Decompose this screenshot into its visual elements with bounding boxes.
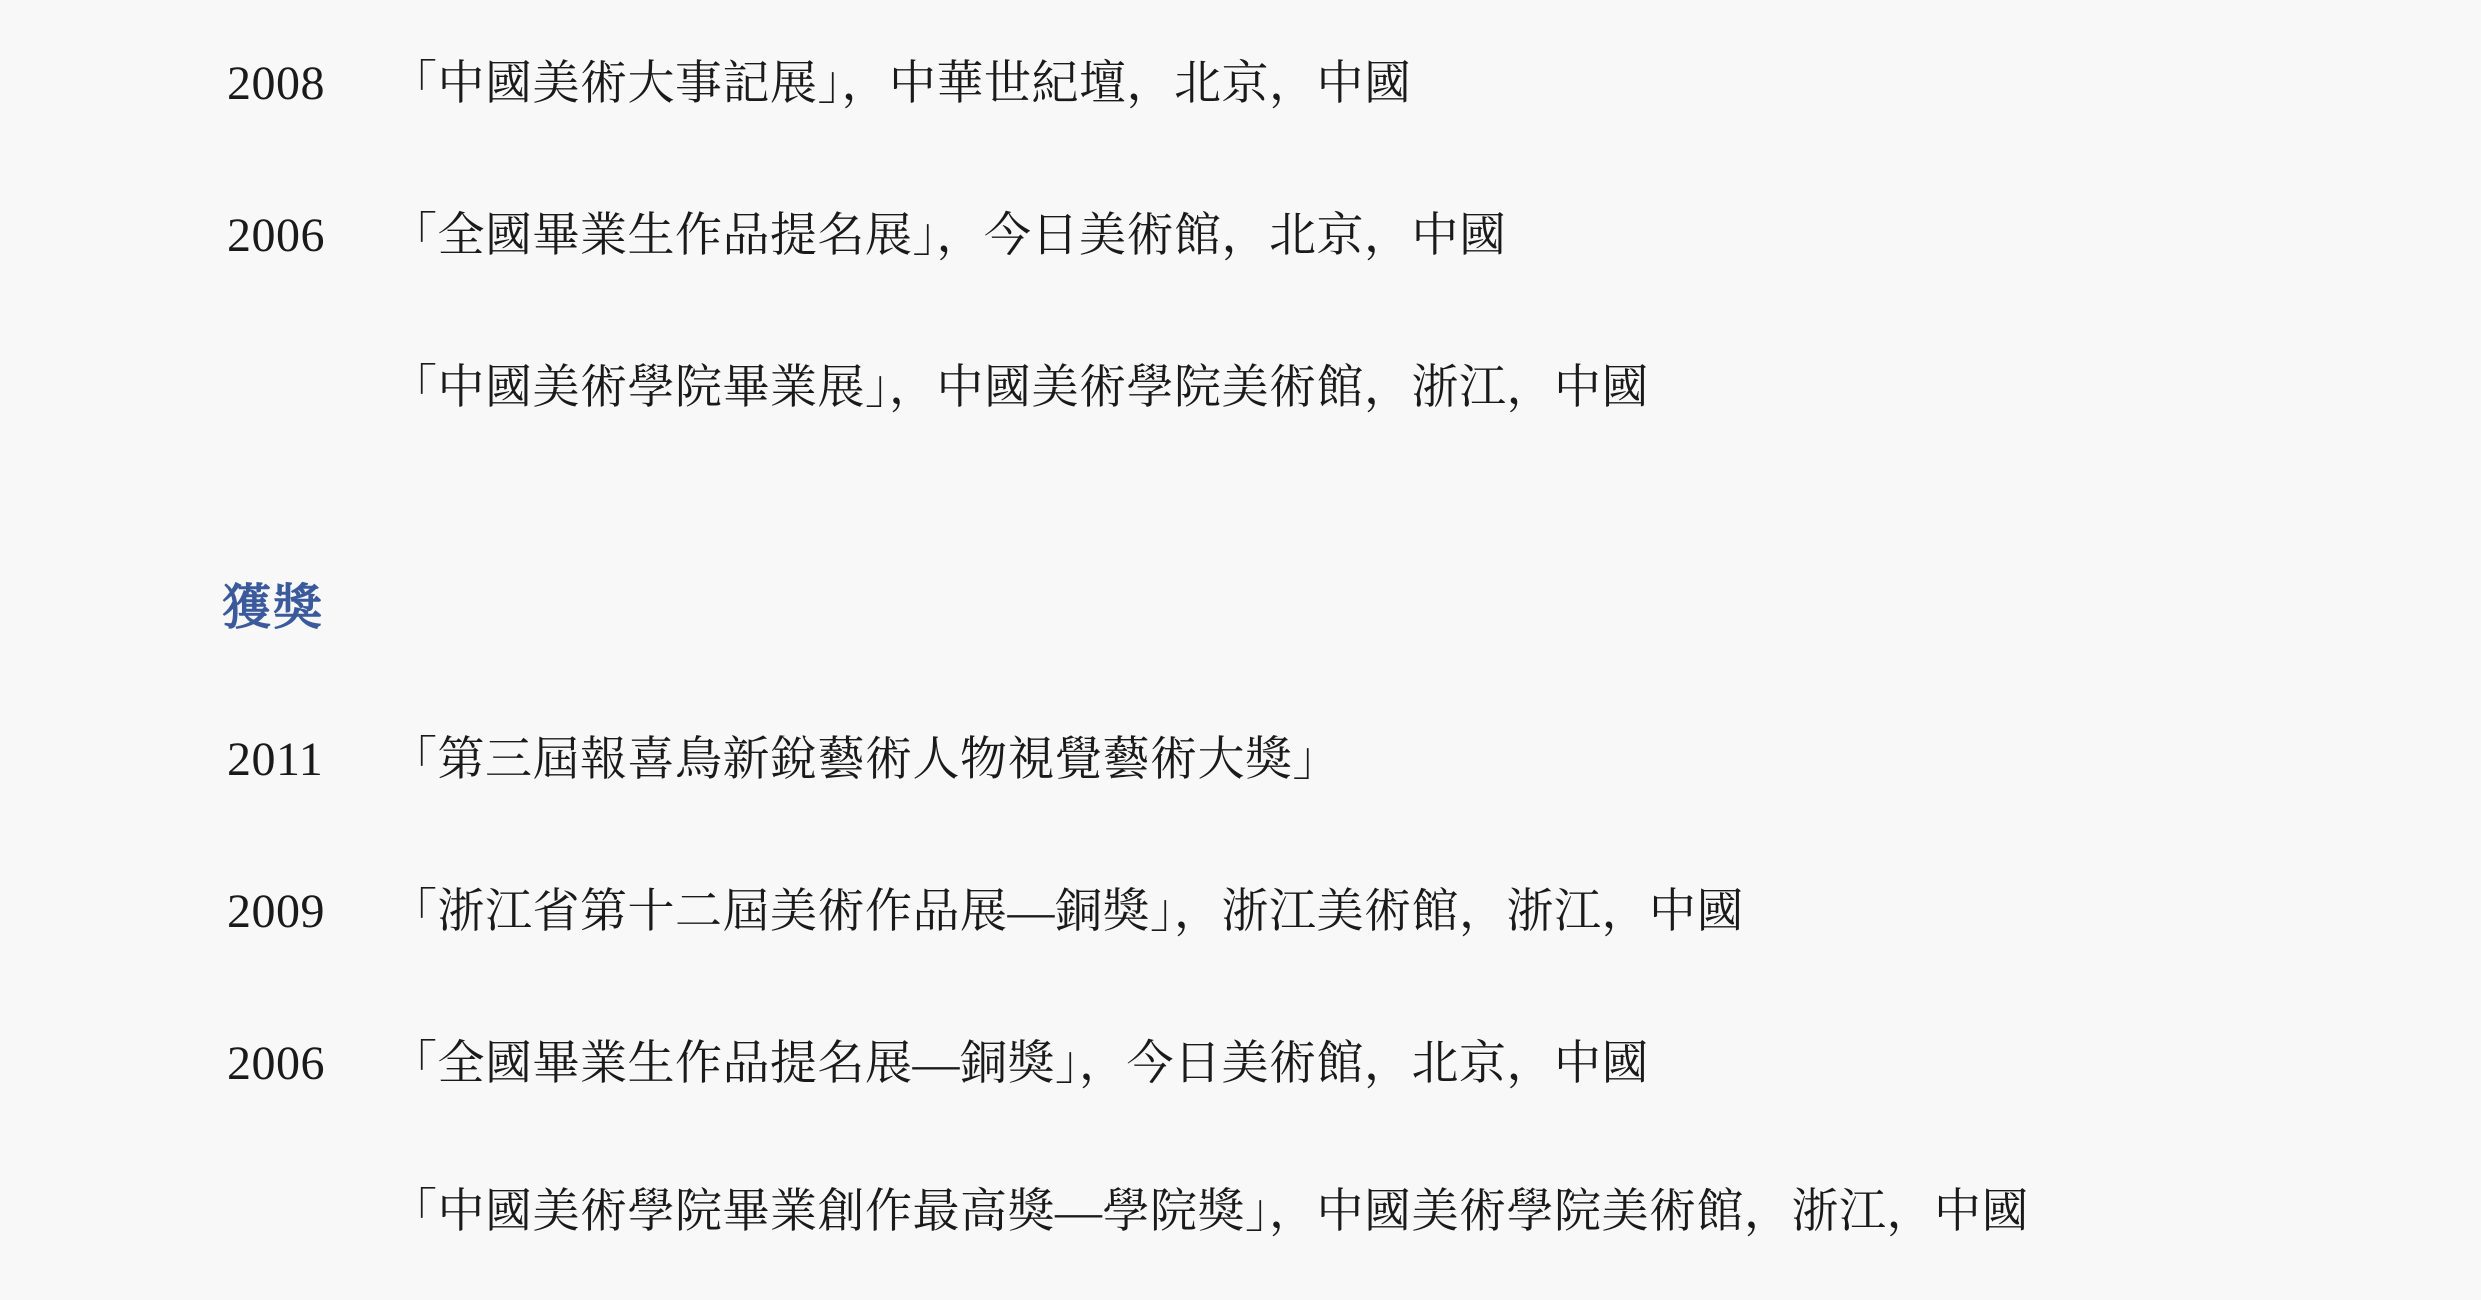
entry-text: 「全國畢業生作品提名展」，今日美術館，北京，中國 xyxy=(390,210,1507,262)
entry-text: 「中國美術大事記展」，中華世紀壇，北京，中國 xyxy=(390,58,1412,110)
entry-text: 「中國美術學院畢業創作最高獎—學院獎」，中國美術學院美術館，浙江，中國 xyxy=(390,1186,2029,1238)
entry-year: 2009 xyxy=(227,886,390,938)
entry-text: 「第三屆報喜鳥新銳藝術人物視覺藝術大獎」 xyxy=(390,734,1340,786)
entry-year: 2006 xyxy=(227,210,390,262)
entry-text: 「全國畢業生作品提名展—銅獎」，今日美術館，北京，中國 xyxy=(390,1038,1649,1090)
entry-text: 「中國美術學院畢業展」，中國美術學院美術館，浙江，中國 xyxy=(390,362,1649,414)
entry-text: 「浙江省第十二屆美術作品展—銅獎」，浙江美術館，浙江，中國 xyxy=(390,886,1744,938)
award-entry: 2011「第三屆報喜鳥新銳藝術人物視覺藝術大獎」 xyxy=(227,734,1340,786)
exhibition-entry: 2006「全國畢業生作品提名展」，今日美術館，北京，中國 xyxy=(227,210,1507,262)
entry-year: 2008 xyxy=(227,58,390,110)
exhibition-entry: 「中國美術學院畢業展」，中國美術學院美術館，浙江，中國 xyxy=(227,362,1649,414)
awards-heading: 獲獎 xyxy=(222,578,324,638)
award-entry: 「中國美術學院畢業創作最高獎—學院獎」，中國美術學院美術館，浙江，中國 xyxy=(227,1186,2029,1238)
cv-page: 2008「中國美術大事記展」，中華世紀壇，北京，中國2006「全國畢業生作品提名… xyxy=(0,0,2481,1300)
award-entry: 2006「全國畢業生作品提名展—銅獎」，今日美術館，北京，中國 xyxy=(227,1038,1649,1090)
exhibition-entry: 2008「中國美術大事記展」，中華世紀壇，北京，中國 xyxy=(227,58,1412,110)
entry-year: 2011 xyxy=(227,734,390,786)
entry-year: 2006 xyxy=(227,1038,390,1090)
award-entry: 2009「浙江省第十二屆美術作品展—銅獎」，浙江美術館，浙江，中國 xyxy=(227,886,1744,938)
